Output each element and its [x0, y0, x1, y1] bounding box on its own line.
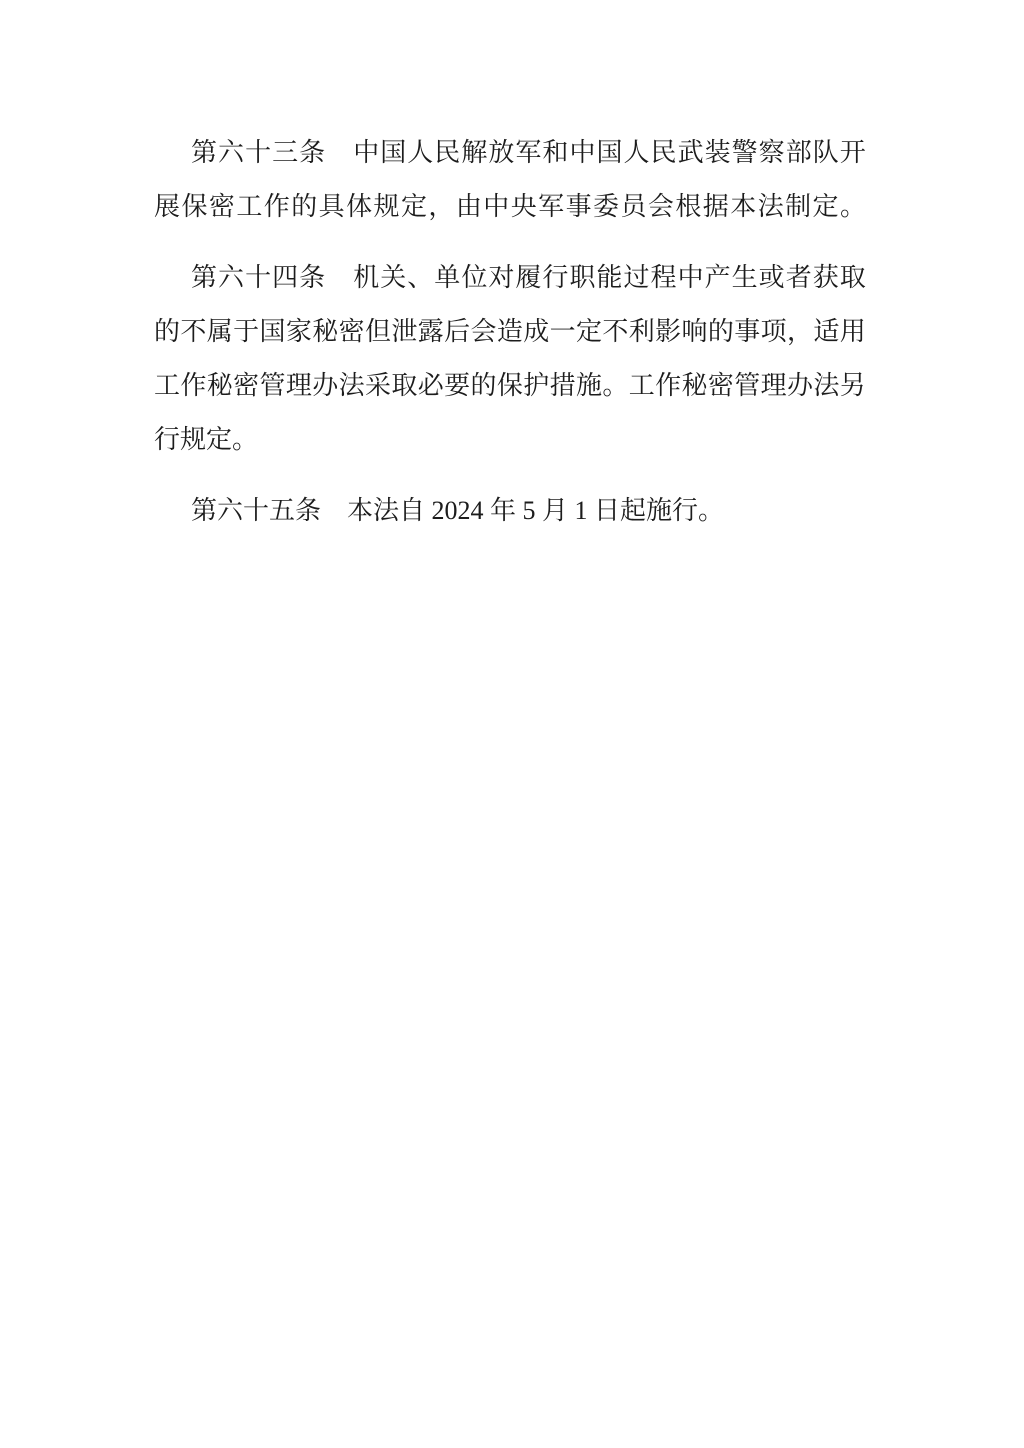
glyph: 展: [154, 180, 180, 234]
glyph: 职: [569, 251, 595, 305]
glyph: 三: [272, 126, 298, 180]
glyph: 用: [840, 305, 866, 359]
glyph: 。: [840, 180, 866, 234]
glyph: 中: [483, 180, 509, 234]
glyph: 家: [286, 305, 312, 359]
glyph: 密: [339, 305, 365, 359]
glyph: 秘: [207, 359, 233, 413]
glyph: 位: [461, 251, 487, 305]
glyph: 制: [785, 180, 811, 234]
glyph: 体: [346, 180, 372, 234]
glyph: 获: [813, 251, 839, 305]
glyph: 会: [471, 305, 497, 359]
glyph: 另: [840, 359, 866, 413]
text-line: 第六十五条 本法自 2024 年 5 月 1 日起施行。: [154, 484, 866, 538]
glyph: 响: [682, 305, 708, 359]
glyph: 。: [602, 359, 628, 413]
glyph: 但: [365, 305, 391, 359]
glyph: 密: [708, 359, 734, 413]
text-line: 工作秘密管理办法采取必要的保护措施。工作秘密管理办法另: [154, 359, 866, 413]
glyph: 施: [576, 359, 602, 413]
glyph: 履: [515, 251, 541, 305]
glyph: 人: [624, 126, 650, 180]
glyph: 能: [596, 251, 622, 305]
glyph: 要: [444, 359, 470, 413]
glyph: 采: [365, 359, 391, 413]
document-body: 第六十三条 中国人民解放军和中国人民武装警察部队开展保密工作的具体规定，由中央军…: [154, 126, 866, 538]
glyph: 项: [761, 305, 787, 359]
glyph: 军: [515, 126, 541, 180]
glyph: 办: [312, 359, 338, 413]
glyph: 密: [233, 359, 259, 413]
glyph: 和: [542, 126, 568, 180]
glyph: 机: [353, 251, 379, 305]
glyph: 办: [787, 359, 813, 413]
glyph: 警: [732, 126, 758, 180]
glyph: 条: [299, 126, 325, 180]
glyph: 会: [648, 180, 674, 234]
glyph: 护: [523, 359, 549, 413]
text-line: 第六十四条 机关、单位对履行职能过程中产生或者获取: [154, 251, 866, 305]
glyph: 作: [655, 359, 681, 413]
glyph: 过: [624, 251, 650, 305]
glyph: 对: [488, 251, 514, 305]
glyph: 影: [655, 305, 681, 359]
glyph: 队: [813, 126, 839, 180]
paragraph-article-63: 第六十三条 中国人民解放军和中国人民武装警察部队开展保密工作的具体规定，由中央军…: [154, 126, 866, 234]
glyph: 程: [651, 251, 677, 305]
glyph: 单: [434, 251, 460, 305]
glyph: 四: [272, 251, 298, 305]
glyph: 不: [180, 305, 206, 359]
text-line: 的不属于国家秘密但泄露后会造成一定不利影响的事项，适用: [154, 305, 866, 359]
glyph: 根: [675, 180, 701, 234]
glyph: 产: [705, 251, 731, 305]
glyph: 保: [497, 359, 523, 413]
glyph: 据: [703, 180, 729, 234]
glyph: 委: [593, 180, 619, 234]
glyph: 的: [154, 305, 180, 359]
glyph: 、: [407, 251, 433, 305]
glyph: 装: [705, 126, 731, 180]
glyph: 员: [620, 180, 646, 234]
glyph: 秘: [682, 359, 708, 413]
paragraph-article-65: 第六十五条 本法自 2024 年 5 月 1 日起施行。: [154, 484, 866, 538]
glyph: 民: [651, 126, 677, 180]
glyph: 军: [538, 180, 564, 234]
glyph: 六: [218, 251, 244, 305]
glyph: 密: [209, 180, 235, 234]
glyph: 管: [734, 359, 760, 413]
glyph: 解: [461, 126, 487, 180]
glyph: 法: [339, 359, 365, 413]
glyph: 或: [759, 251, 785, 305]
glyph: 造: [497, 305, 523, 359]
glyph: 于: [233, 305, 259, 359]
glyph: 工: [629, 359, 655, 413]
glyph: 本: [730, 180, 756, 234]
glyph: 成: [523, 305, 549, 359]
glyph: 开: [840, 126, 866, 180]
glyph: 法: [758, 180, 784, 234]
glyph: 后: [444, 305, 470, 359]
glyph: 者: [786, 251, 812, 305]
glyph: 十: [245, 126, 271, 180]
glyph: 条: [299, 251, 325, 305]
document-page: 第六十三条 中国人民解放军和中国人民武装警察部队开展保密工作的具体规定，由中央军…: [0, 0, 1024, 1448]
glyph: 国: [380, 126, 406, 180]
glyph: 管: [260, 359, 286, 413]
glyph: 中: [353, 126, 379, 180]
glyph: 不: [602, 305, 628, 359]
glyph: 的: [291, 180, 317, 234]
glyph: 中: [569, 126, 595, 180]
glyph: 作: [180, 359, 206, 413]
glyph: 一: [550, 305, 576, 359]
glyph: 属: [207, 305, 233, 359]
glyph: 行: [542, 251, 568, 305]
text-line: 行规定。: [154, 413, 866, 467]
glyph: 央: [511, 180, 537, 234]
glyph: [326, 126, 352, 180]
glyph: 必: [418, 359, 444, 413]
glyph: 事: [566, 180, 592, 234]
glyph: 措: [550, 359, 576, 413]
glyph: 人: [407, 126, 433, 180]
glyph: 事: [734, 305, 760, 359]
glyph: 察: [759, 126, 785, 180]
glyph: 第: [191, 251, 217, 305]
glyph: 定: [813, 180, 839, 234]
glyph: 露: [418, 305, 444, 359]
glyph: 由: [456, 180, 482, 234]
glyph: 六: [218, 126, 244, 180]
glyph: 取: [391, 359, 417, 413]
glyph: 武: [678, 126, 704, 180]
glyph: 工: [154, 359, 180, 413]
text-line: 第六十三条 中国人民解放军和中国人民武装警察部队开: [154, 126, 866, 180]
glyph: 具: [319, 180, 345, 234]
paragraph-article-64: 第六十四条 机关、单位对履行职能过程中产生或者获取的不属于国家秘密但泄露后会造成…: [154, 251, 866, 467]
glyph: 工: [236, 180, 262, 234]
glyph: 定: [576, 305, 602, 359]
glyph: 作: [264, 180, 290, 234]
glyph: 国: [260, 305, 286, 359]
glyph: [326, 251, 352, 305]
glyph: ，: [787, 305, 813, 359]
glyph: 的: [708, 305, 734, 359]
glyph: 的: [471, 359, 497, 413]
glyph: 理: [286, 359, 312, 413]
glyph: 关: [380, 251, 406, 305]
glyph: 法: [813, 359, 839, 413]
glyph: 泄: [391, 305, 417, 359]
glyph: 第: [191, 126, 217, 180]
glyph: ，: [428, 180, 454, 234]
glyph: 理: [761, 359, 787, 413]
glyph: 部: [786, 126, 812, 180]
glyph: 民: [434, 126, 460, 180]
glyph: 取: [840, 251, 866, 305]
glyph: 秘: [312, 305, 338, 359]
glyph: 十: [245, 251, 271, 305]
glyph: 国: [596, 126, 622, 180]
glyph: 中: [678, 251, 704, 305]
glyph: 适: [813, 305, 839, 359]
text-line: 展保密工作的具体规定，由中央军事委员会根据本法制定。: [154, 180, 866, 234]
glyph: 放: [488, 126, 514, 180]
glyph: 规: [374, 180, 400, 234]
glyph: 生: [732, 251, 758, 305]
glyph: 保: [181, 180, 207, 234]
glyph: 定: [401, 180, 427, 234]
glyph: 利: [629, 305, 655, 359]
